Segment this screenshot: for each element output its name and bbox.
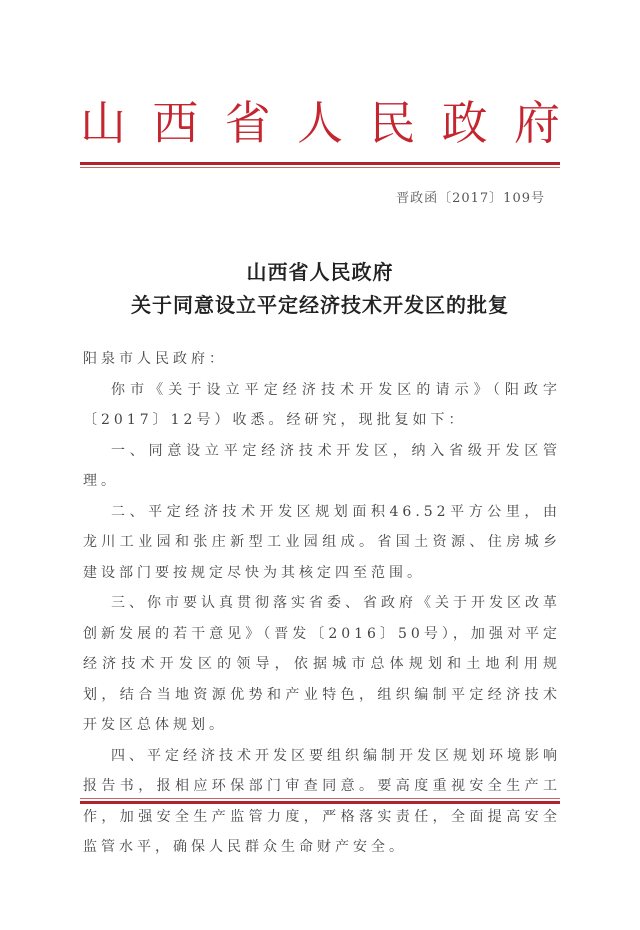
paragraph: 你市《关于设立平定经济技术开发区的请示》（阳政字〔2017〕12号）收悉。经研究…	[83, 375, 561, 436]
document-body: 阳泉市人民政府： 你市《关于设立平定经济技术开发区的请示》（阳政字〔2017〕1…	[83, 344, 561, 863]
masthead-char: 民	[369, 100, 415, 146]
footer-divider	[80, 798, 560, 804]
masthead-char: 政	[442, 100, 488, 146]
masthead-char: 西	[152, 100, 198, 146]
paragraph: 三、你市要认真贯彻落实省委、省政府《关于开发区改革创新发展的若干意见》（晋发〔2…	[83, 588, 561, 741]
salutation: 阳泉市人民政府：	[83, 344, 561, 375]
title-line-1: 山西省人民政府	[0, 256, 640, 285]
masthead: 山 西 省 人 民 政 府	[80, 93, 560, 153]
header-divider	[80, 162, 560, 168]
paragraph: 一、同意设立平定经济技术开发区，纳入省级开发区管理。	[83, 436, 561, 497]
masthead-char: 人	[297, 100, 343, 146]
document-number: 晋政函〔2017〕109号	[396, 187, 545, 206]
paragraph: 二、平定经济技术开发区规划面积46.52平方公里，由龙川工业园和张庄新型工业园组…	[83, 497, 561, 589]
masthead-char: 山	[80, 100, 126, 146]
title-line-2: 关于同意设立平定经济技术开发区的批复	[0, 289, 640, 318]
masthead-char: 省	[225, 100, 271, 146]
masthead-char: 府	[514, 100, 560, 146]
